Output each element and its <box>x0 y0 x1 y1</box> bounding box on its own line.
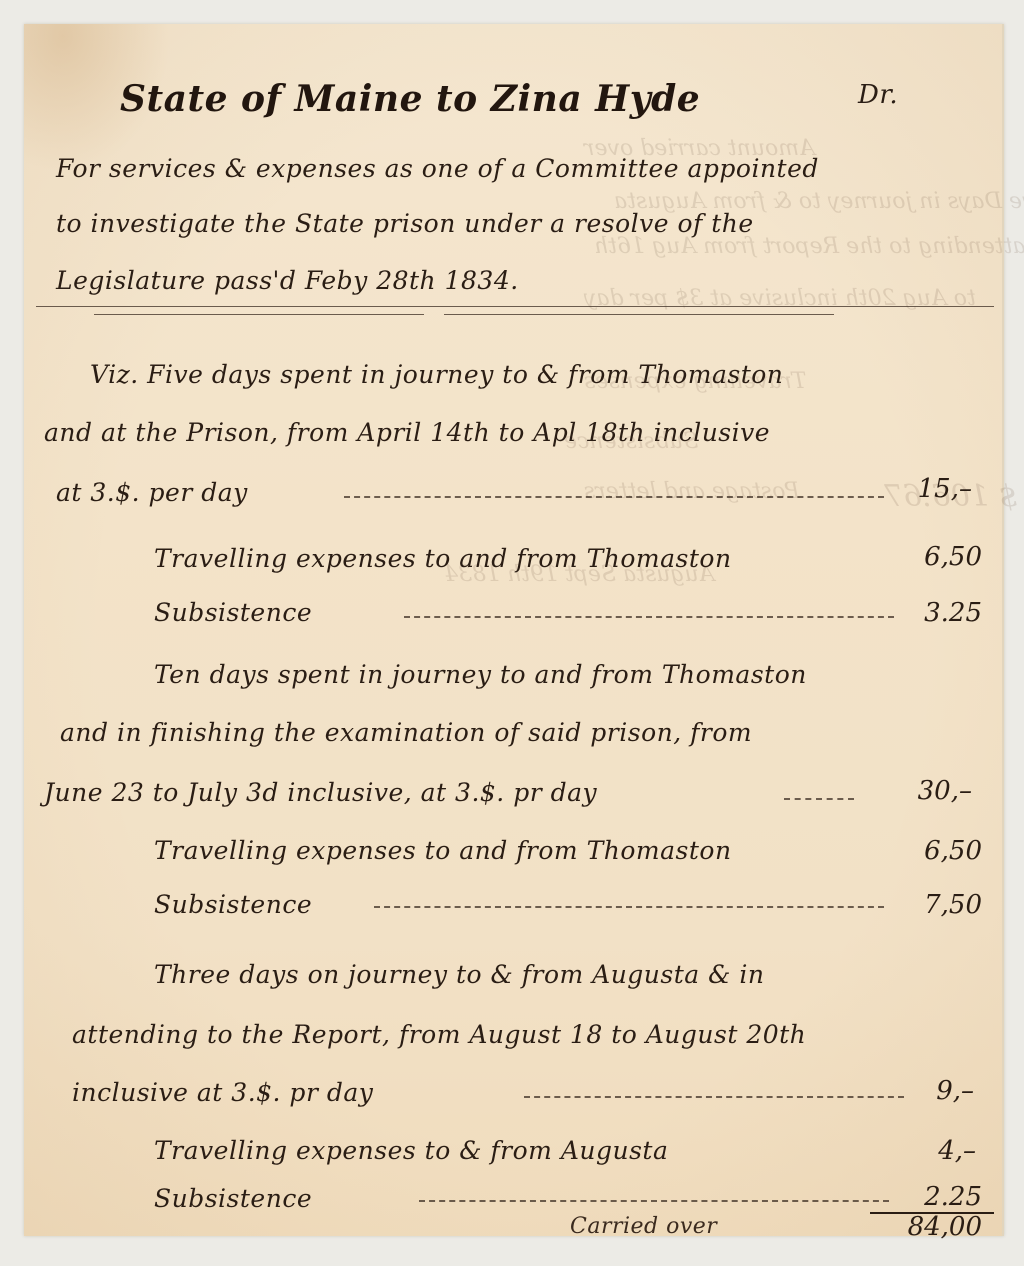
entry-description: Subsistence <box>154 890 312 919</box>
bleed-through-line: to Aug 20th inclusive at 3$ per day <box>584 286 976 311</box>
preamble-line: to investigate the State prison under a … <box>56 209 754 238</box>
entry-description: Travelling expenses to & from Augusta <box>154 1136 668 1165</box>
entry-description: June 23 to July 3d inclusive, at 3.$. pr… <box>44 778 597 807</box>
leader-line <box>374 906 884 908</box>
entry-description: Travelling expenses to and from Thomasto… <box>154 544 732 573</box>
entry-amount: 7,50 <box>892 890 982 920</box>
preamble-line: For services & expenses as one of a Comm… <box>56 154 819 183</box>
leader-line <box>419 1200 889 1202</box>
header-separator <box>36 306 994 307</box>
bleed-through-line: Postage and letters <box>584 479 799 504</box>
entry-description: and in finishing the examination of said… <box>60 718 752 747</box>
entry-description: Three days on journey to & from Augusta … <box>154 960 764 989</box>
entry-amount: 6,50 <box>892 836 982 866</box>
entry-description: Subsistence <box>154 1184 312 1213</box>
entry-amount: 4,– <box>886 1136 976 1166</box>
leader-line <box>404 616 894 618</box>
leader-line <box>344 496 884 498</box>
preamble-line: Legislature pass'd Feby 28th 1834. <box>56 266 519 295</box>
entry-amount: 6,50 <box>892 542 982 572</box>
entry-description: at 3.$. per day <box>56 478 248 507</box>
entry-description: and at the Prison, from April 14th to Ap… <box>44 418 770 447</box>
carried-over-amount: 84,00 <box>892 1212 982 1242</box>
entry-amount: 9,– <box>884 1076 974 1106</box>
entry-description: Ten days spent in journey to and from Th… <box>154 660 807 689</box>
entry-description: attending to the Report, from August 18 … <box>72 1020 806 1049</box>
header-separator <box>94 314 424 315</box>
entry-amount: 15,– <box>882 474 972 504</box>
document-page: Amount carried over For Five Days in jou… <box>24 24 1004 1236</box>
entry-amount: 3.25 <box>892 598 982 628</box>
entry-description: Travelling expenses to and from Thomasto… <box>154 836 732 865</box>
entry-description: Subsistence <box>154 598 312 627</box>
debtor-mark: Dr. <box>858 80 898 110</box>
document-title: State of Maine to Zina Hyde <box>120 78 700 120</box>
entry-description: Viz. Five days spent in journey to & fro… <box>90 360 783 389</box>
entry-amount: 30,– <box>882 776 972 806</box>
leader-line <box>524 1096 904 1098</box>
header-separator <box>444 314 834 315</box>
leader-line <box>784 798 854 800</box>
entry-amount: 2.25 <box>892 1182 982 1212</box>
entry-description: inclusive at 3.$. pr day <box>72 1078 373 1107</box>
carried-over-label: Carried over <box>570 1214 717 1239</box>
